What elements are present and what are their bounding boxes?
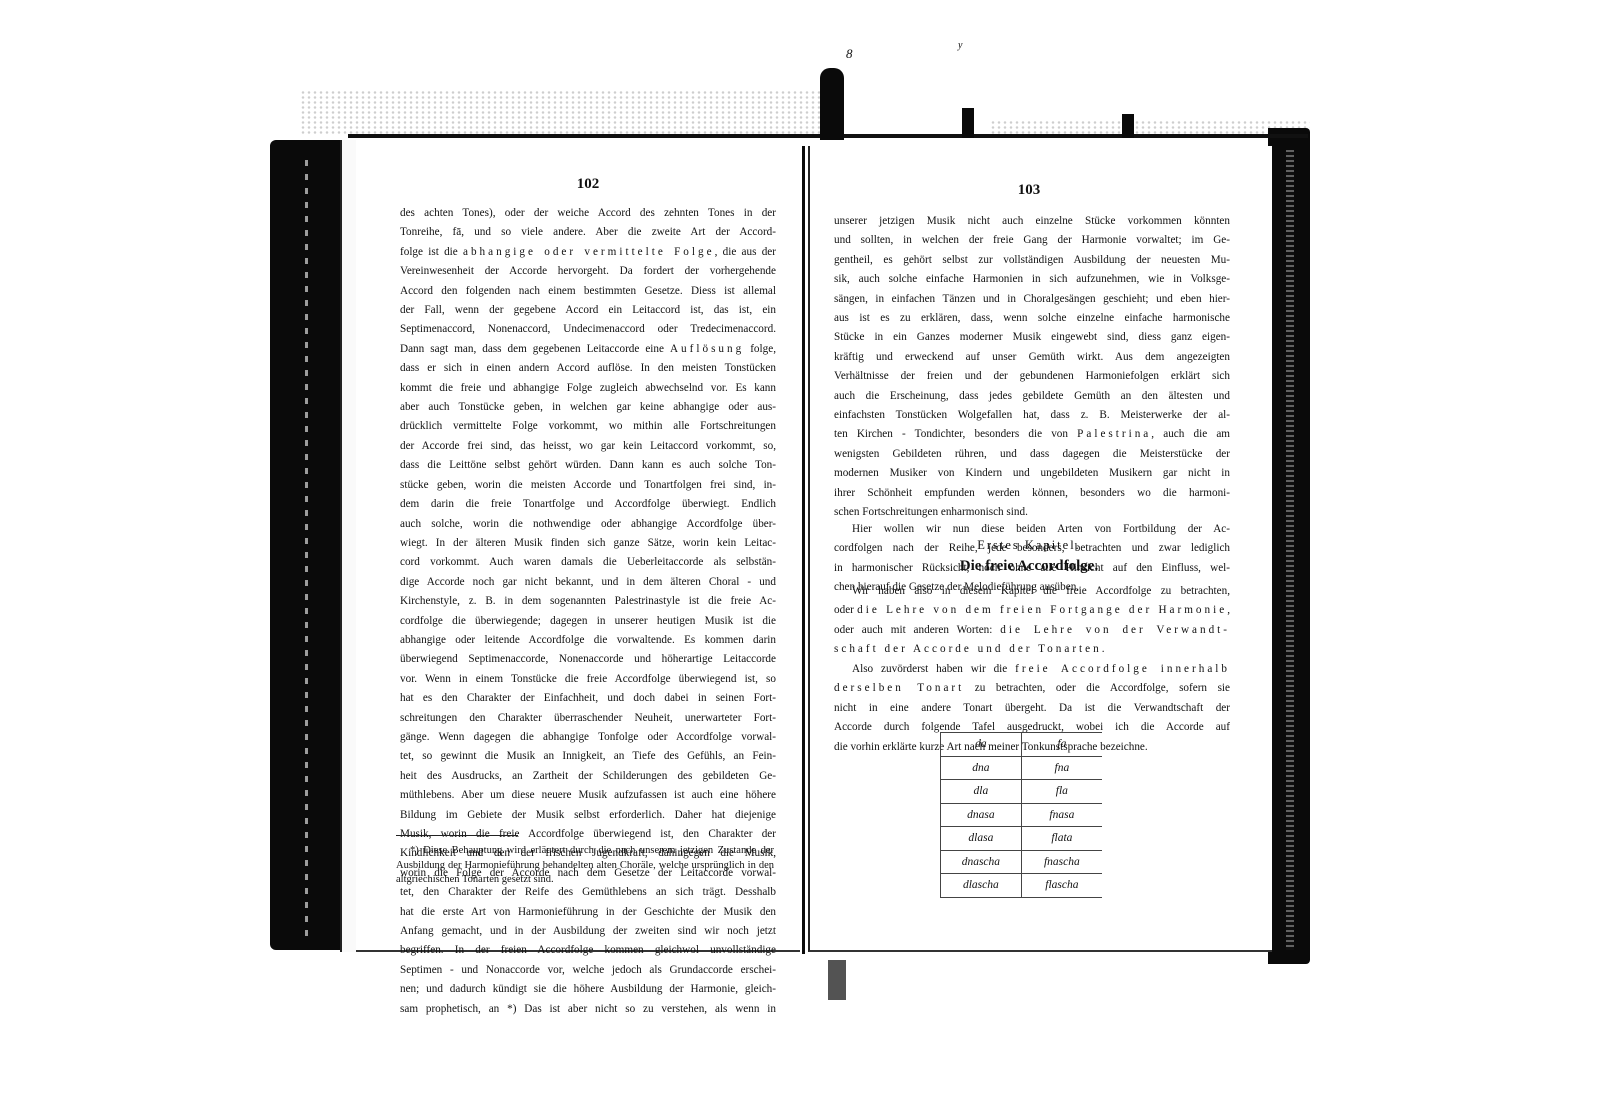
text-line: Also zuvörderst haben wir die freie Acco… (834, 660, 1230, 679)
text-line: müthlebens. Aber um diese neuere Musik a… (400, 786, 776, 805)
text-line: Accord den folgenden nach einem bestimmt… (400, 282, 776, 301)
text-line: Wir haben also in diesem Kapitel die fre… (834, 582, 1230, 601)
text-line: überwiegend Septimenaccorde, Nonenaccord… (400, 650, 776, 669)
book-cover-left (270, 140, 340, 950)
tone-table: dafadnafnadlafladnasafnasadlasaflatadnas… (940, 732, 1102, 898)
text-line: oder die Lehre von dem freien Fortgange … (834, 601, 1230, 620)
tone-cell-d: dla (941, 780, 1022, 804)
text-line: wenigsten Gebildeten rühren, und dass da… (834, 445, 1230, 464)
text-line: ten Kirchen - Tondichter, besonders die … (834, 425, 1230, 444)
tone-table-row: dnaschafnascha (941, 850, 1103, 874)
left-page-body: des achten Tones), oder der weiche Accor… (400, 204, 776, 1019)
text-line: der Accorde frei sind, das heisst, wo ga… (400, 437, 776, 456)
text-line: Stücke in ein Ganzes moderner Musik eing… (834, 328, 1230, 347)
tone-cell-f: fnascha (1021, 850, 1102, 874)
tone-cell-f: fla (1021, 780, 1102, 804)
left-page-number: 102 (366, 176, 810, 193)
bookmark-tab-mid (962, 108, 974, 138)
spine-bottom-mark (828, 960, 846, 1000)
text-line: Tonreihe, fā, und so viele andere. Aber … (400, 223, 776, 242)
text-line: kräftig und erweckend auf unser Gemüth w… (834, 348, 1230, 367)
tone-cell-f: fnasa (1021, 803, 1102, 827)
tone-table-row: dlaschaflascha (941, 874, 1103, 898)
text-line: Septimenaccord, Nonenaccord, Undecimenac… (400, 320, 776, 339)
tone-table-row: dnafna (941, 756, 1103, 780)
tone-cell-f: fna (1021, 756, 1102, 780)
text-line: ihrer Schönheit empfunden werden können,… (834, 484, 1230, 503)
right-page-body-3: Wir haben also in diesem Kapitel die fre… (834, 582, 1230, 660)
text-line: hat es den Charakter der Einfachheit, un… (400, 689, 776, 708)
text-line: gentheil, es gehört selbst zur vollständ… (834, 251, 1230, 270)
text-line: gänge. Wenn dagegen die abhangige Tonfol… (400, 728, 776, 747)
text-line: auch solche, worin die nothwendige oder … (400, 515, 776, 534)
text-line: vor. Wenn in einem Tonstücke die freie A… (400, 670, 776, 689)
text-line: dem darin die freie Tonartfolge und Acco… (400, 495, 776, 514)
left-page: 102 des achten Tones), oder der weiche A… (356, 138, 800, 952)
text-line: und sollten, in welchen der freie Gang d… (834, 231, 1230, 250)
right-page-number: 103 (798, 182, 1260, 199)
text-line: Vereinwesenheit der Accorde hervorgeht. … (400, 262, 776, 281)
text-line: dass die Leittöne selbst gehört würden. … (400, 456, 776, 475)
text-line: tet, so gewinnt die Musik an Innigkeit, … (400, 747, 776, 766)
text-line: Dann sagt man, dass dem gegebenen Leitac… (400, 340, 776, 359)
text-line: Verhältnisse der freien und der gebunden… (834, 367, 1230, 386)
text-line: sängen, in einfachen Tänzen und in Chora… (834, 290, 1230, 309)
footnote-divider (396, 835, 518, 836)
text-line: einfachsten Tonstücken Wolgefallen hat, … (834, 406, 1230, 425)
text-line: Kirchenstyle, z. B. in dem sogenannten P… (400, 592, 776, 611)
tone-cell-f: flata (1021, 827, 1102, 851)
text-line: unserer jetzigen Musik nicht auch einzel… (834, 212, 1230, 231)
text-line: schreitungen den Charakter überraschende… (400, 709, 776, 728)
tone-table-row: dnasafnasa (941, 803, 1103, 827)
page-stack-right (1286, 150, 1294, 950)
tone-cell-d: dlascha (941, 874, 1022, 898)
text-line: stücke geben, worin die meisten Accorde … (400, 476, 776, 495)
text-line: auch die Erscheinung, dass jedes gebilde… (834, 387, 1230, 406)
text-line: cord vorkommt. Auch waren damals die Ueb… (400, 553, 776, 572)
left-page-footnote: *) Diese Behauptung wird erläutert durch… (396, 844, 774, 888)
text-line: abhangige oder leitende Accordfolge die … (400, 631, 776, 650)
text-line: dige Accorde noch gar nicht bekannt, und… (400, 573, 776, 592)
text-line: modernen Musiker von Kindern und ungebil… (834, 464, 1230, 483)
pencil-mark-right: y (958, 40, 962, 51)
tone-table-row: dafa (941, 733, 1103, 757)
tone-cell-d: dnasa (941, 803, 1022, 827)
text-line: schaft der Accorde und der Tonarten. (834, 640, 1230, 659)
chapter-label: Erstes Kapitel. (798, 538, 1260, 553)
tone-cell-d: dlasa (941, 827, 1022, 851)
text-line: derselben Tonart zu betrachten, oder die… (834, 679, 1230, 698)
text-line: oder auch mit anderen Worten: die Lehre … (834, 621, 1230, 640)
text-line: Septimen - und Nonaccorde vor, welche je… (400, 961, 776, 980)
text-line: folge ist die abhangige oder vermittelte… (400, 243, 776, 262)
tone-cell-d: da (941, 733, 1022, 757)
text-line: sam prophetisch, an *) Das ist aber nich… (400, 1000, 776, 1019)
text-line: begriffen. In der freien Accordfolge kom… (400, 941, 776, 960)
right-page: 103 unserer jetzigen Musik nicht auch ei… (808, 146, 1272, 952)
text-line: der Fall, wenn der gegebene Accord ein L… (400, 301, 776, 320)
text-line: sik, auch solche einfache Harmonien in s… (834, 270, 1230, 289)
text-line: nen; und dadurch kündigt sie die höhere … (400, 980, 776, 999)
text-line: des achten Tones), oder der weiche Accor… (400, 204, 776, 223)
text-line: hat die erste Art von Harmonieführung in… (400, 903, 776, 922)
tone-cell-d: dna (941, 756, 1022, 780)
scan-noise-top-left (300, 90, 820, 134)
chapter-title: Die freie Accordfolge. (798, 558, 1260, 575)
text-line: aber auch Tonstücke geben, in welchen ga… (400, 398, 776, 417)
text-line: wiegt. In der älteren Musik finden sich … (400, 534, 776, 553)
tone-cell-f: fa (1021, 733, 1102, 757)
text-line: cordfolge die überwiegende; dagegen in u… (400, 612, 776, 631)
tone-cell-d: dnascha (941, 850, 1022, 874)
tone-table-row: dlasaflata (941, 827, 1103, 851)
text-line: Anfang gemacht, und in der Ausbildung de… (400, 922, 776, 941)
right-page-body-1: unserer jetzigen Musik nicht auch einzel… (834, 212, 1230, 523)
text-line: drücklich vermittelte Folge vorkommt, wo… (400, 417, 776, 436)
tone-cell-f: flascha (1021, 874, 1102, 898)
text-line: kommt die freie und abhangige Folge zugl… (400, 379, 776, 398)
text-line: Bildung im Gebiete der Musik selbst erfo… (400, 806, 776, 825)
bookmark-tab-left (820, 68, 844, 140)
tone-table-row: dlafla (941, 780, 1103, 804)
text-line: dass er sich in einen andern Accord aufl… (400, 359, 776, 378)
bookmark-tab-right (1122, 114, 1134, 138)
text-line: heit des Ausdrucks, an Zartheit der Schi… (400, 767, 776, 786)
text-line: nicht in eine andere Tonart übergeht. Da… (834, 699, 1230, 718)
pencil-mark-left: 8 (846, 46, 853, 62)
text-line: aus ist es zu erklären, dass, wenn solch… (834, 309, 1230, 328)
text-line: Hier wollen wir nun diese beiden Arten v… (834, 520, 1230, 539)
cover-stitching (305, 160, 308, 940)
